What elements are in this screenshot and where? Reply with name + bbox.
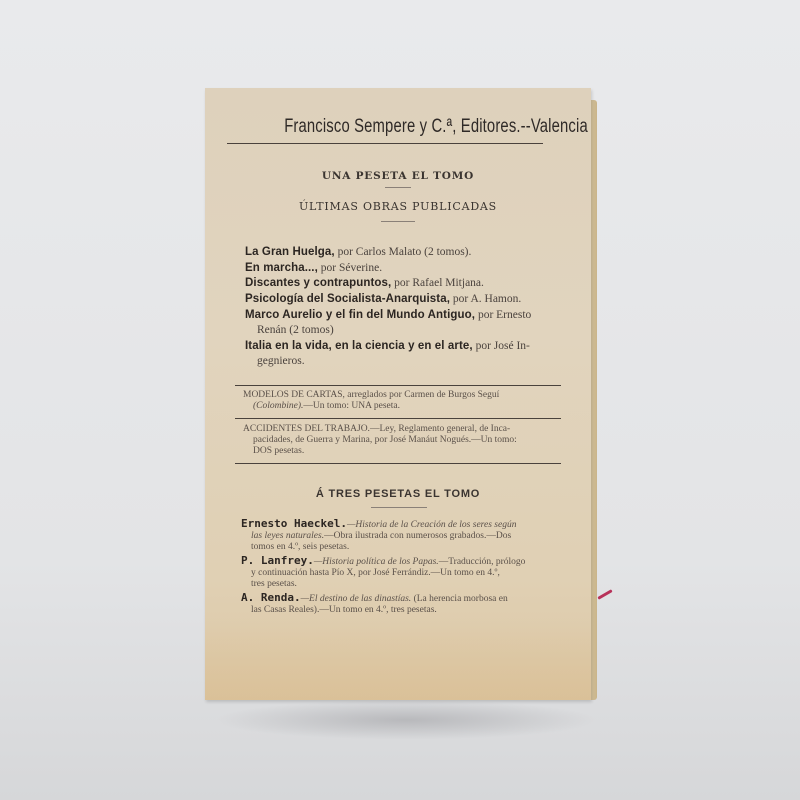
book-list: La Gran Huelga, por Carlos Malato (2 tom… [245,245,565,370]
list-item: Marco Aurelio y el fin del Mundo Antiguo… [245,308,565,338]
price-heading-one: UNA PESETA EL TOMO [205,170,591,182]
book-shadow [214,700,598,740]
divider [227,143,543,144]
entry-renda: A. Renda.—El destino de las dinastías. (… [241,592,569,616]
accidentes-del-trabajo-notice: ACCIDENTES DEL TRABAJO.—Ley, Reglamento … [243,424,563,457]
publisher-heading: Francisco Sempere y C.ª, Editores.--Vale… [284,116,534,138]
entry-lanfrey: P. Lanfrey.—Historia política de los Pap… [241,555,569,590]
entry-haeckel: Ernesto Haeckel.—Historia de la Creación… [241,518,569,553]
divider [235,463,561,464]
divider [385,187,411,188]
modelos-de-cartas-notice: MODELOS DE CARTAS, arreglados por Carmen… [243,390,563,412]
divider [381,221,415,222]
list-item: Italia en la vida, en la ciencia y en el… [245,339,565,369]
divider [371,507,427,508]
price-heading-three: Á TRES PESETAS EL TOMO [205,488,591,500]
list-item: Discantes y contrapuntos, por Rafael Mit… [245,276,565,291]
section-heading-latest: ÚLTIMAS OBRAS PUBLICADAS [205,200,591,213]
list-item: En marcha..., por Séverine. [245,261,565,276]
divider [235,385,561,386]
list-item: La Gran Huelga, por Carlos Malato (2 tom… [245,245,565,260]
list-item: Psicología del Socialista-Anarquista, po… [245,292,565,307]
book-back-cover: Francisco Sempere y C.ª, Editores.--Vale… [205,88,591,700]
divider [235,418,561,419]
ribbon-bookmark [597,589,612,600]
